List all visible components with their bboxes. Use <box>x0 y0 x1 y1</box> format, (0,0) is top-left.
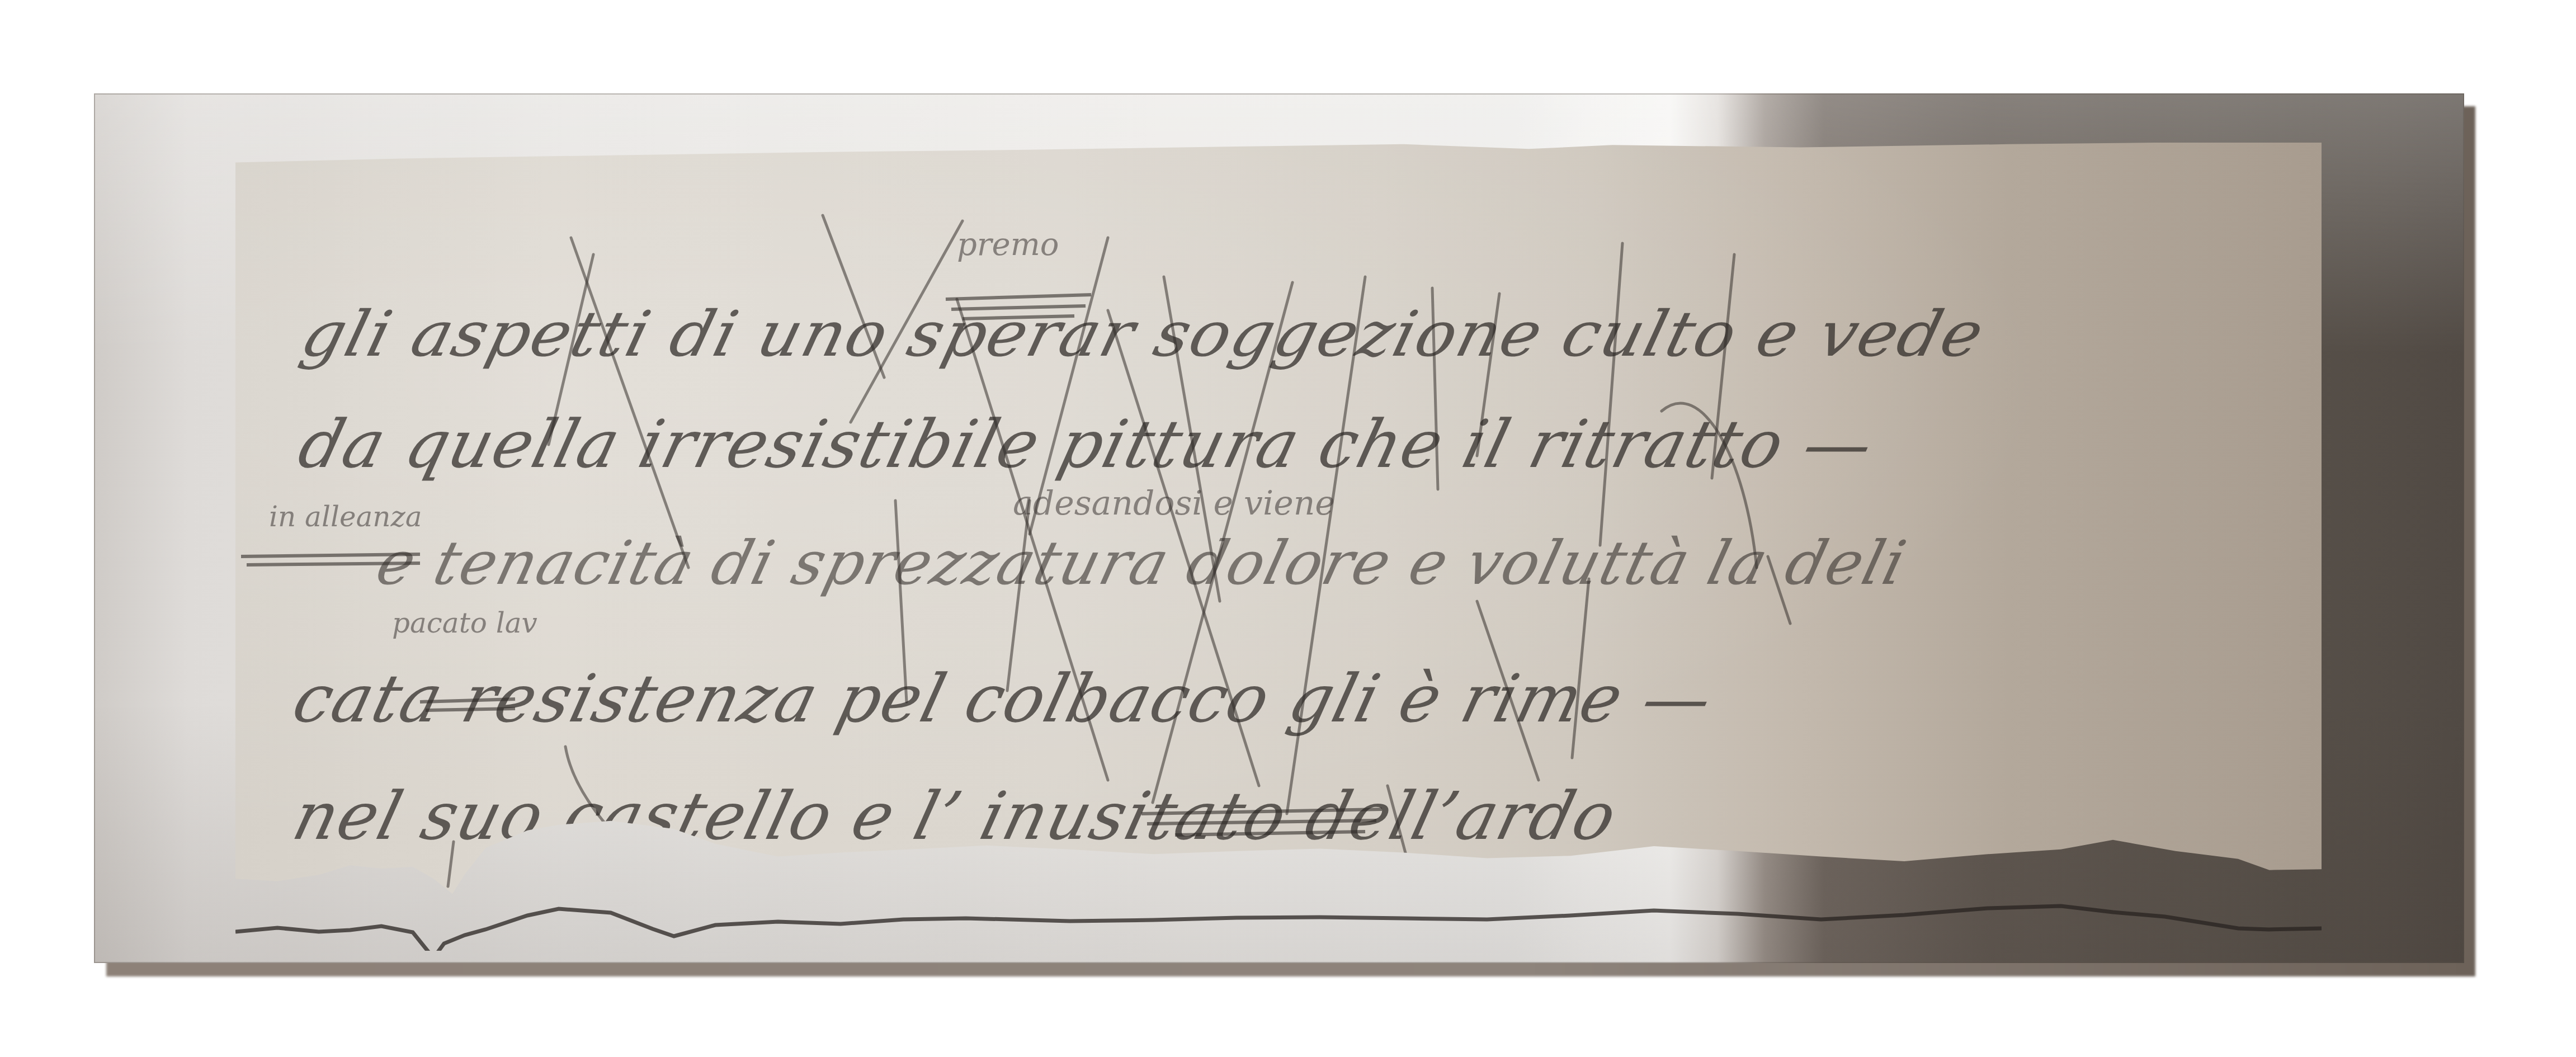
handwritten-line-5: nel suo castello e l’ inusitato dell’ard… <box>286 777 1625 855</box>
handwritten-line-3: e tenacità di sprezzatura dolore e volut… <box>370 528 1913 598</box>
annotation-premo: premo <box>957 226 1059 263</box>
annotation-adesandosi: adesandosi e viene <box>1013 484 1335 523</box>
annotation-in-alleanza: in alleanza <box>269 501 422 533</box>
handwritten-line-4: cata resistenza pel colbacco gli è rime … <box>286 660 1721 737</box>
annotation-pacato: pacato lav <box>392 607 537 639</box>
handwritten-line-2: da quella irresistibile pittura che il r… <box>291 405 1882 483</box>
torn-paper-fragment: gli aspetti di uno sperar soggezione cul… <box>235 143 2322 937</box>
handwritten-line-1: gli aspetti di uno sperar soggezione cul… <box>294 298 1992 371</box>
